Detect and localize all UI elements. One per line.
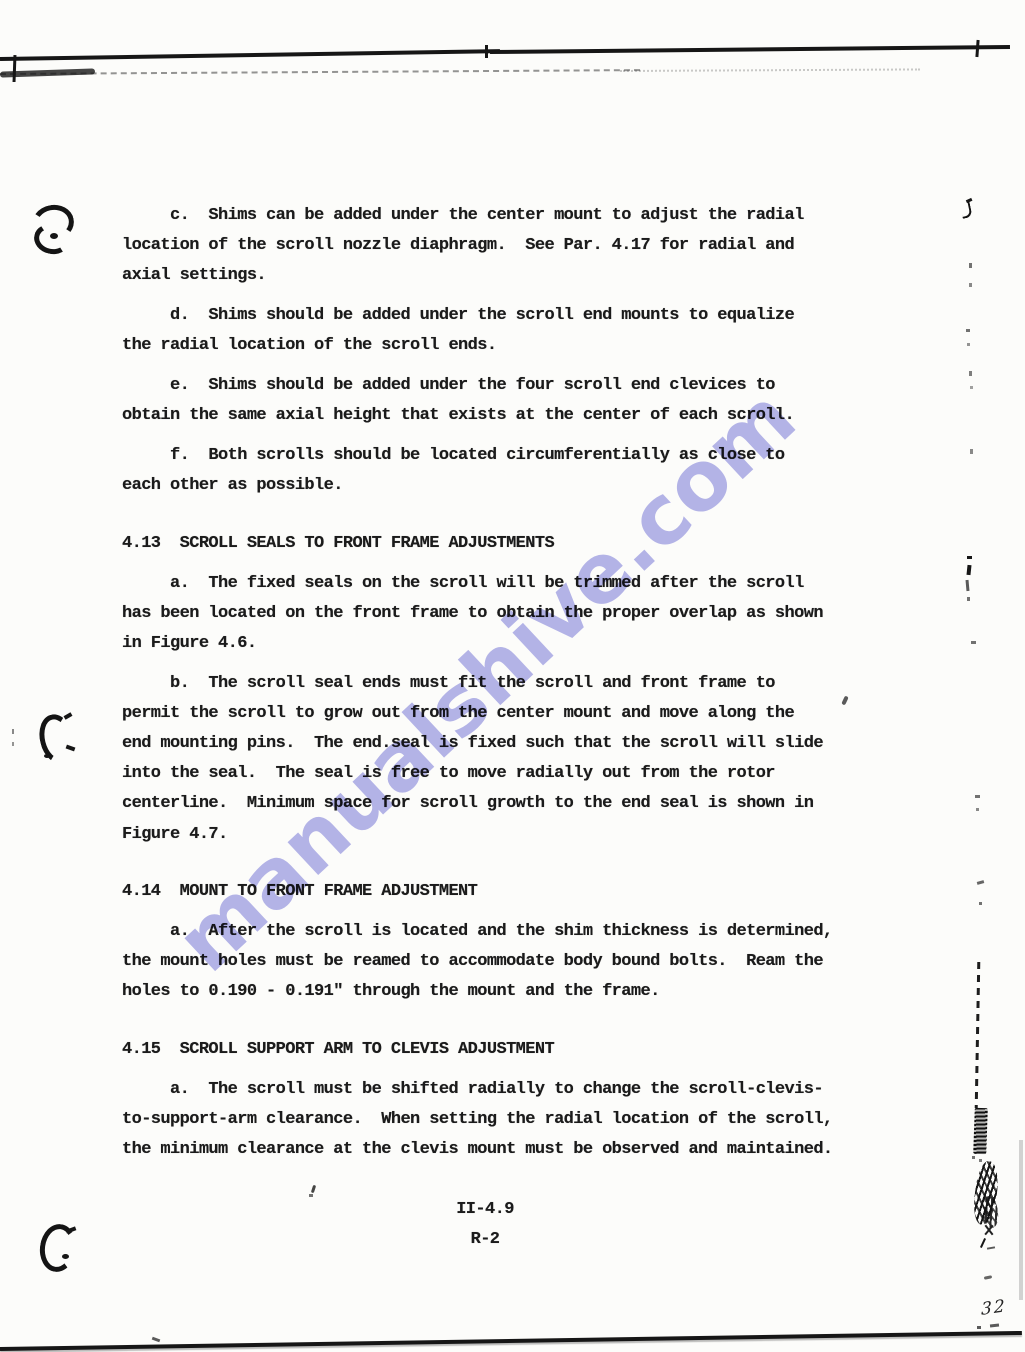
margin-smudge-2-flick1 xyxy=(64,712,73,719)
scan-top-line-hook xyxy=(485,45,488,58)
paragraph: d. Shims should be added under the scrol… xyxy=(122,301,882,361)
text-line: 4.13 SCROLL SEALS TO FRONT FRAME ADJUSTM… xyxy=(122,529,882,559)
margin-smudge-1-dot xyxy=(50,233,58,239)
section-heading: 4.14 MOUNT TO FRONT FRAME ADJUSTMENT xyxy=(122,877,882,907)
x-mark xyxy=(983,1224,994,1236)
text-line: end mounting pins. The end.seal is fixed… xyxy=(122,729,882,759)
right-margin-speck xyxy=(969,263,972,268)
right-margin-speck xyxy=(979,1159,982,1162)
text-line: c. Shims can be added under the center m… xyxy=(122,201,882,231)
text-line: axial settings. xyxy=(122,261,882,291)
right-margin-tick xyxy=(966,565,971,575)
scan-top-right-tick xyxy=(975,40,979,57)
section-heading: 4.15 SCROLL SUPPORT ARM TO CLEVIS ADJUST… xyxy=(122,1035,882,1065)
text-line: holes to 0.190 - 0.191" through the moun… xyxy=(122,977,882,1007)
text-line: a. The fixed seals on the scroll will be… xyxy=(122,569,882,599)
right-margin-speck xyxy=(966,329,970,332)
scan-bottom-speck xyxy=(152,1337,161,1343)
text-line: permit the scroll to grow out from the c… xyxy=(122,699,882,729)
text-line: 4.15 SCROLL SUPPORT ARM TO CLEVIS ADJUST… xyxy=(122,1035,882,1065)
paragraph: b. The scroll seal ends must fit the scr… xyxy=(122,669,882,850)
document-text: c. Shims can be added under the center m… xyxy=(122,201,882,1165)
paragraph: f. Both scrolls should be located circum… xyxy=(122,441,882,501)
right-margin-speck xyxy=(970,449,973,454)
right-margin-speck xyxy=(969,371,972,376)
scan-top-line-left xyxy=(0,49,500,60)
text-line: a. After the scroll is located and the s… xyxy=(122,917,882,947)
right-margin-speck xyxy=(979,902,982,905)
bottom-speck xyxy=(977,1326,981,1329)
tilde-mark xyxy=(984,1275,992,1280)
text-line: to-support-arm clearance. When setting t… xyxy=(122,1105,882,1135)
text-line: the radial location of the scroll ends. xyxy=(122,331,882,361)
section-heading: 4.13 SCROLL SEALS TO FRONT FRAME ADJUSTM… xyxy=(122,529,882,559)
text-line: the minimum clearance at the clevis moun… xyxy=(122,1135,882,1165)
slash-mark xyxy=(980,1238,986,1248)
text-line: b. The scroll seal ends must fit the scr… xyxy=(122,669,882,699)
scan-top-dashed-faint xyxy=(620,68,920,72)
scan-bottom-line xyxy=(0,1331,1022,1351)
right-margin-speck xyxy=(977,880,985,885)
handwritten-mark: 32 xyxy=(981,1296,1006,1320)
text-line: has been located on the front frame to o… xyxy=(122,599,882,629)
right-margin-speck xyxy=(967,556,972,559)
text-line: d. Shims should be added under the scrol… xyxy=(122,301,882,331)
page-number: II-4.9 xyxy=(0,1195,970,1225)
text-line: into the seal. The seal is free to move … xyxy=(122,759,882,789)
page-footer: II-4.9 R-2 xyxy=(0,1195,970,1255)
text-line: the mount holes must be reamed to accomm… xyxy=(122,947,882,977)
margin-smudge-2-speck1 xyxy=(12,729,14,734)
text-line: e. Shims should be added under the four … xyxy=(122,371,882,401)
text-line: f. Both scrolls should be located circum… xyxy=(122,441,882,471)
paragraph: c. Shims can be added under the center m… xyxy=(122,201,882,292)
scan-edge-shadow xyxy=(1019,1140,1023,1300)
right-margin-speck xyxy=(969,283,972,287)
text-line: a. The scroll must be shifted radially t… xyxy=(122,1075,882,1105)
right-margin-speck xyxy=(967,597,970,601)
right-margin-speck xyxy=(987,1246,995,1249)
paragraph: a. The scroll must be shifted radially t… xyxy=(122,1075,882,1166)
text-line: in Figure 4.6. xyxy=(122,629,882,659)
footnote-speck xyxy=(311,1185,316,1194)
paragraph: a. The fixed seals on the scroll will be… xyxy=(122,569,882,660)
text-line: centerline. Minimum space for scroll gro… xyxy=(122,789,882,819)
right-margin-speck xyxy=(970,386,973,389)
right-margin-speck xyxy=(975,795,980,798)
bottom-speck xyxy=(990,1324,999,1328)
text-line: 4.14 MOUNT TO FRONT FRAME ADJUSTMENT xyxy=(122,877,882,907)
text-line: each other as possible. xyxy=(122,471,882,501)
text-line: obtain the same axial height that exists… xyxy=(122,401,882,431)
margin-smudge-2-speck2 xyxy=(12,742,14,746)
right-margin-speck xyxy=(972,1156,975,1159)
scan-top-dashed-line xyxy=(0,69,640,75)
right-margin-dense-smudge xyxy=(973,1108,988,1154)
right-margin-speck xyxy=(976,808,979,811)
scanned-manual-page: 32 manualshive.com c. Shims can be added… xyxy=(0,0,1025,1352)
right-margin-tick xyxy=(966,580,970,591)
margin-smudge-2-arc xyxy=(34,711,79,768)
text-line: location of the scroll nozzle diaphragm.… xyxy=(122,231,882,261)
margin-smudge-2-dot xyxy=(44,754,50,758)
revision-number: R-2 xyxy=(0,1225,970,1255)
scan-top-line-right xyxy=(490,45,1010,53)
right-margin-speck xyxy=(971,641,976,644)
text-line: Figure 4.7. xyxy=(122,820,882,850)
paragraph: a. After the scroll is located and the s… xyxy=(122,917,882,1008)
right-margin-dashed-line xyxy=(975,962,981,1108)
right-margin-speck xyxy=(967,343,970,346)
scan-top-left-tick xyxy=(13,55,16,82)
paragraph: e. Shims should be added under the four … xyxy=(122,371,882,431)
